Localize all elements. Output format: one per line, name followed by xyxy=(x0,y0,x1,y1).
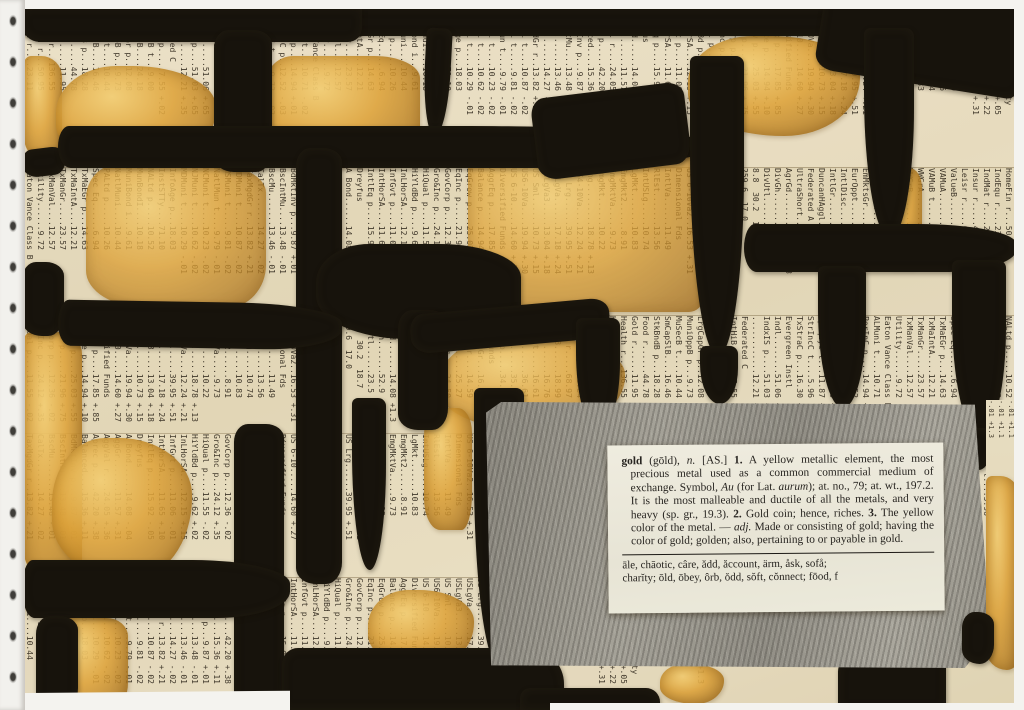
pronunciation-key-line: charĭty; ōld, ōbey, ôrb, ŏdd, sŏft, cŏnn… xyxy=(622,570,934,586)
torn-page-edge xyxy=(550,703,1024,710)
gold-definition-text: gold (gōld), n. [AS.] 1. A yellow metall… xyxy=(621,453,934,550)
black-brushstroke xyxy=(962,612,994,664)
black-brushstroke xyxy=(22,8,362,42)
clipping-rule xyxy=(622,551,934,555)
scanned-collage-page: Dimensional Affinity IntVa2......11.66 +… xyxy=(0,0,1024,710)
torn-page-edge xyxy=(0,691,290,710)
gold-paint-patch xyxy=(86,164,266,308)
gold-paint-patch xyxy=(52,438,192,580)
black-brushstroke xyxy=(58,300,343,351)
black-brushstroke xyxy=(22,560,290,618)
dictionary-clipping: gold (gōld), n. [AS.] 1. A yellow metall… xyxy=(607,443,944,614)
page-top-margin xyxy=(0,0,1024,9)
spiral-binding-strip xyxy=(0,0,25,710)
gold-paint-patch xyxy=(660,664,724,704)
black-brushstroke xyxy=(296,148,342,584)
page-right-margin xyxy=(1014,0,1024,710)
